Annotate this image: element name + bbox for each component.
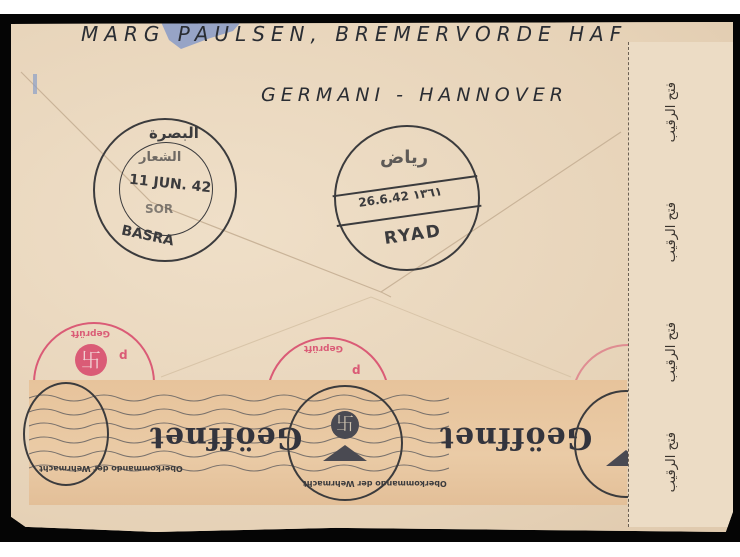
okw-stamp-text: Oberkommando der Wehrmacht [39,464,183,473]
geoeffnet-label-1: Geöffnet [149,420,302,455]
basra-arabic-top: البصرة [149,124,199,142]
ryad-arabic-top: رياض [380,147,428,168]
destination-address: GERMANI - HANNOVER [261,84,568,106]
censor-tape: Geöffnet Geöffnet Oberkommando der Wehrm… [29,380,627,505]
basra-postmark: البصرة الشعار 11 JUN. 42 SOR BASRA [93,118,237,262]
strip-text-1: فتح الرقيب [664,82,679,142]
red-swastika-emblem: 卐 [75,344,107,376]
sender-address: MARG PAULSEN, BREMERVORDE HAF [81,22,627,46]
okw-stamp-text: Oberkommando der Wehrmacht [303,479,447,488]
geoeffnet-label-2: Geöffnet [439,420,592,455]
arabic-censor-strip: فتح الرقيب فتح الرقيب فتح الرقيب فتح الر… [628,42,733,527]
strip-text-3: فتح الرقيب [664,322,679,382]
red-stamp-marker: d [119,348,128,362]
ryad-city: RYAD [383,221,443,249]
envelope: MARG PAULSEN, BREMERVORDE HAF GERMANI - … [11,22,733,532]
okw-stamp-center: 卐 Oberkommando der Wehrmacht [287,385,403,501]
strip-text-4: فتح الرقيب [664,432,679,492]
red-stamp-marker: d [352,363,361,377]
red-stamp-text: Geprüft [71,328,110,338]
red-stamp-text: Geprüft [304,343,343,353]
strip-text-2: فتح الرقيب [664,202,679,262]
basra-sub: SOR [145,202,173,216]
ryad-postmark: رياض 26.6.42 ١٣٦١ RYAD [334,125,480,271]
okw-stamp-left: Oberkommando der Wehrmacht [23,382,109,486]
okw-eagle-swastika-emblem: 卐 [331,411,359,439]
basra-arabic-inner: الشعار [139,150,181,165]
okw-eagle-wings-icon [323,445,367,461]
blue-ink-mark [33,74,37,94]
